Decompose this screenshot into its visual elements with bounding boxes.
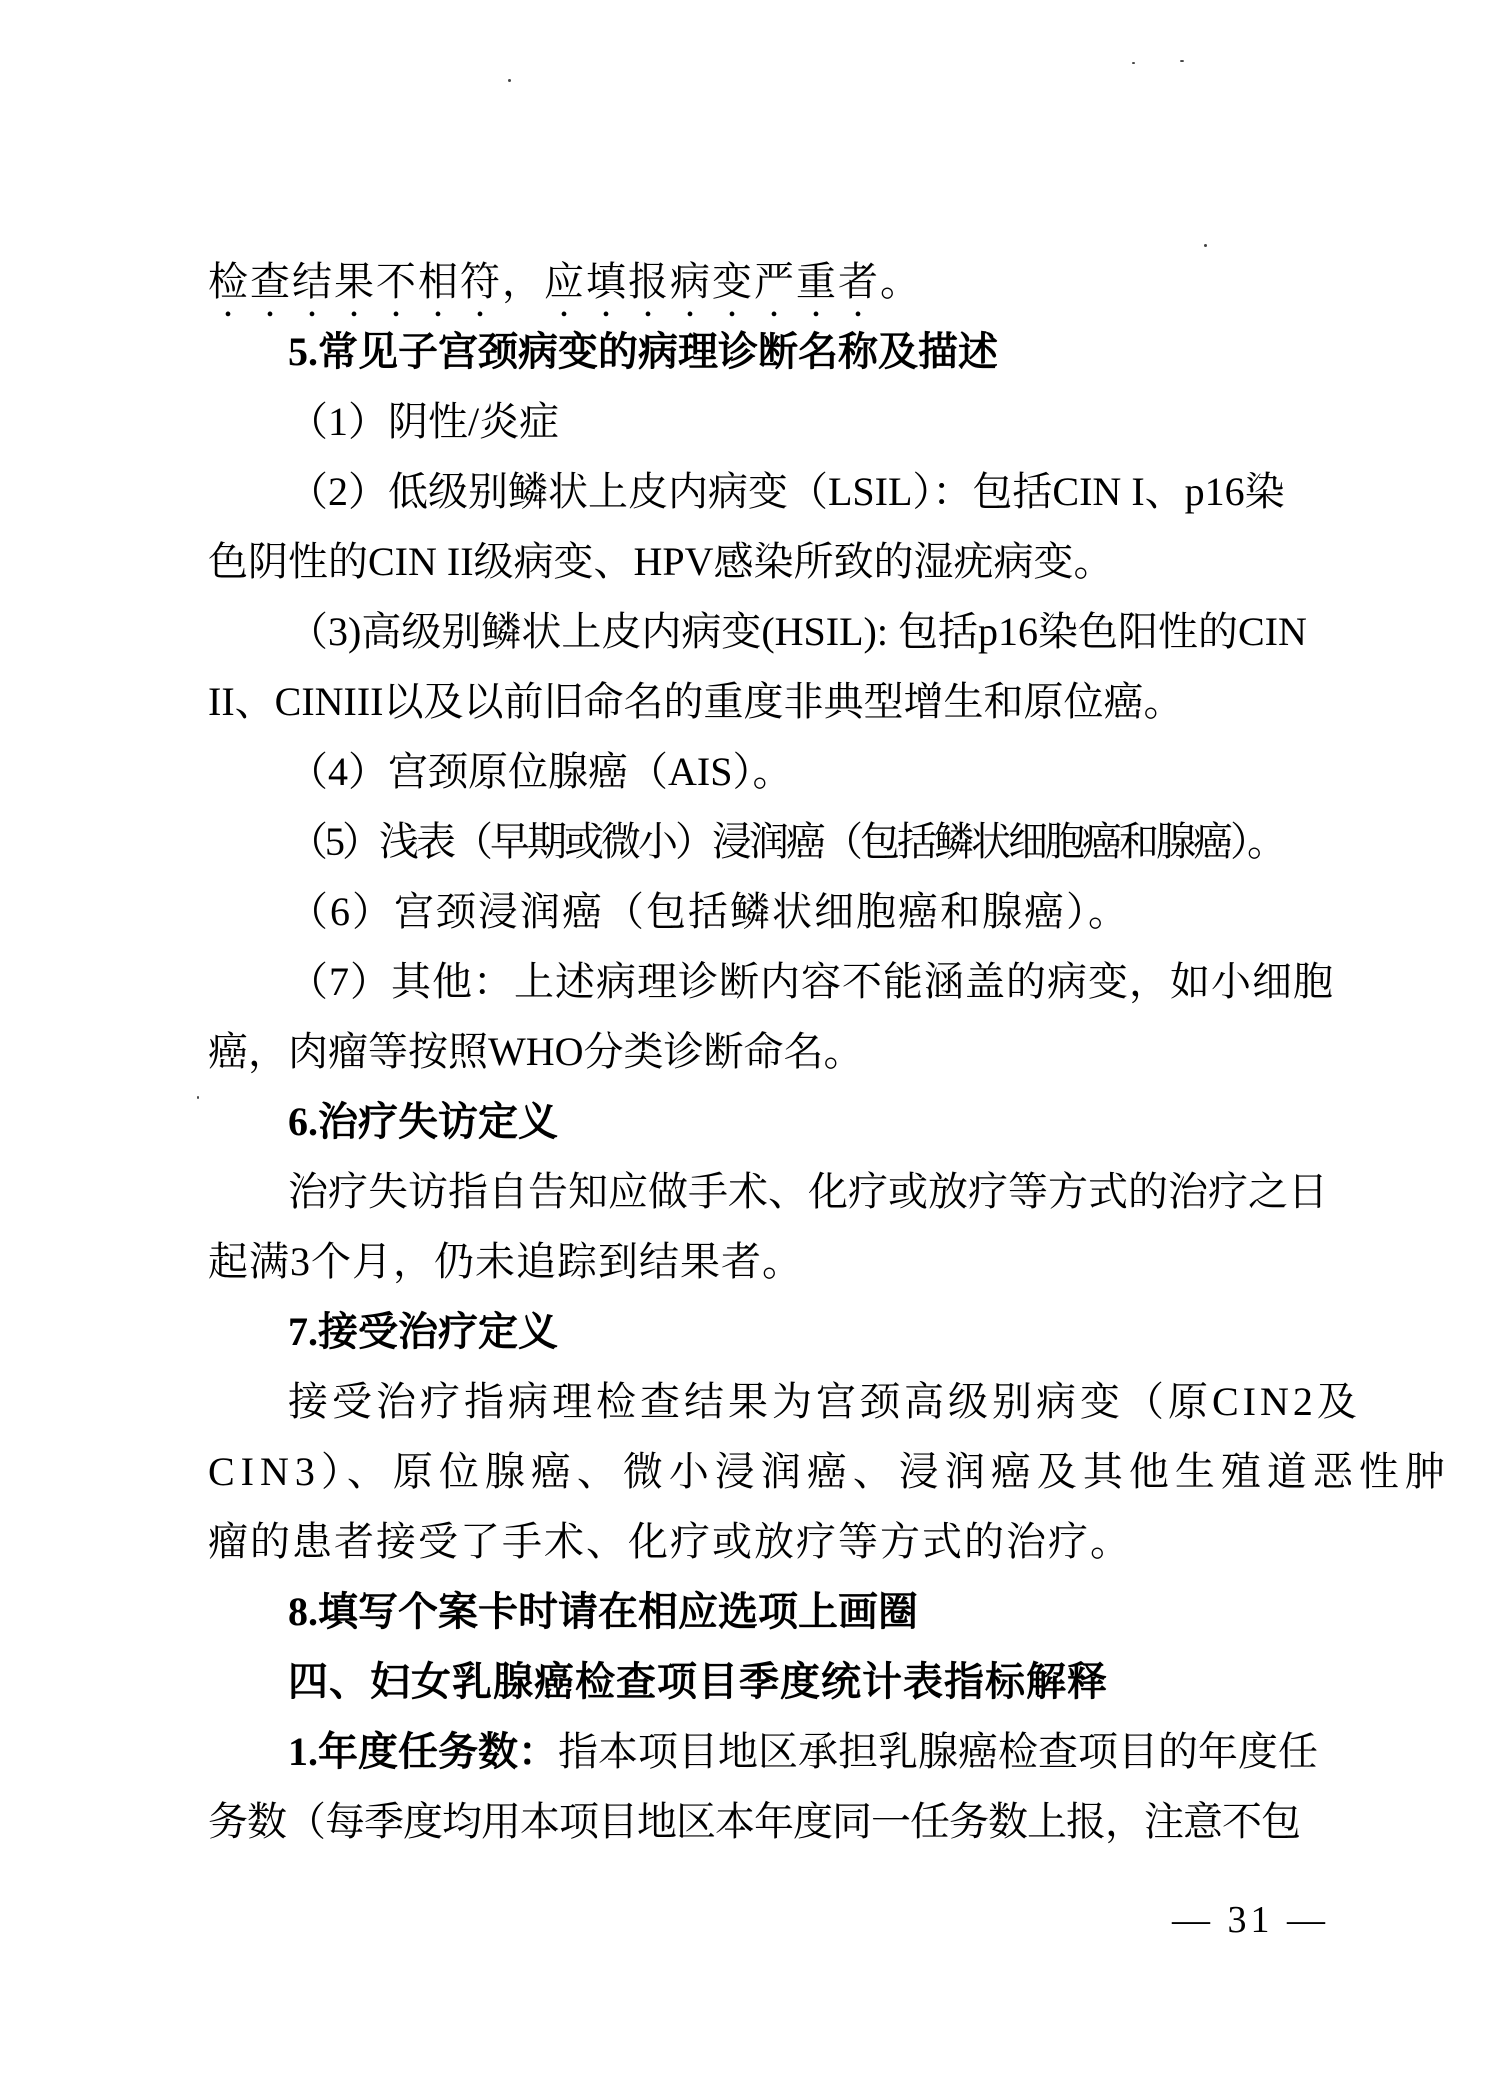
text-line: 务数（每季度均用本项目地区本年度同一任务数上报，注意不包	[208, 1787, 1315, 1857]
text-line: 瘤的患者接受了手术、化疗或放疗等方式的治疗。	[208, 1507, 1315, 1577]
scan-artifact-dot	[1204, 244, 1207, 247]
text-segment: CIN3）、原位腺癌、微小浸润癌、浸润癌及其他生殖道恶性肿	[208, 1449, 1451, 1494]
text-segment: 色阴性的CIN II级病变、HPV感染所致的湿疣病变。	[208, 539, 1114, 584]
text-segment: 四、妇女乳腺癌检查项目季度统计表指标解释	[288, 1659, 1108, 1704]
text-segment: 接受治疗指病理检查结果为宫颈高级别病变（原CIN2及	[288, 1379, 1361, 1424]
text-line: （4）宫颈原位腺癌（AIS）。	[208, 737, 1315, 807]
text-line: 治疗失访指自告知应做手术、化疗或放疗等方式的治疗之日	[208, 1157, 1315, 1227]
text-line: （1）阴性/炎症	[208, 387, 1315, 457]
text-segment: 1.年度任务数：	[288, 1729, 558, 1774]
text-segment: 务数（每季度均用本项目地区本年度同一任务数上报，注意不包	[208, 1799, 1300, 1844]
text-segment: （5）浅表（早期或微小）浸润癌（包括鳞状细胞癌和腺癌）。	[288, 819, 1284, 864]
document-page: 检查结果不相符，应填报病变严重者。5.常见子宫颈病变的病理诊断名称及描述（1）阴…	[0, 0, 1485, 2100]
scan-artifact-dot	[508, 79, 511, 82]
text-line: 1.年度任务数：指本项目地区承担乳腺癌检查项目的年度任	[208, 1717, 1315, 1787]
text-segment: （1）阴性/炎症	[288, 399, 559, 444]
text-segment: 5.常见子宫颈病变的病理诊断名称及描述	[288, 329, 998, 374]
text-segment: 起满3个月，仍未追踪到结果者。	[208, 1239, 803, 1284]
text-segment: 癌，肉瘤等按照WHO分类诊断命名。	[208, 1029, 864, 1074]
text-line: II、CINIII以及以前旧命名的重度非典型增生和原位癌。	[208, 667, 1315, 737]
text-segment: 7.接受治疗定义	[288, 1309, 558, 1354]
text-segment: 治疗失访指自告知应做手术、化疗或放疗等方式的治疗之日	[288, 1169, 1328, 1214]
scan-artifact-dot	[1132, 62, 1135, 64]
text-line: （2）低级别鳞状上皮内病变（LSIL）：包括CIN I、p16染	[208, 457, 1315, 527]
heading-line: 四、妇女乳腺癌检查项目季度统计表指标解释	[208, 1647, 1315, 1717]
scan-artifact-dot	[197, 1096, 199, 1099]
text-line: 检查结果不相符，应填报病变严重者。	[208, 247, 1315, 317]
text-segment: （6）宫颈浸润癌（包括鳞状细胞癌和腺癌）。	[288, 889, 1130, 934]
scan-artifact-dot	[1180, 60, 1184, 62]
text-segment: 8.填写个案卡时请在相应选项上画圈	[288, 1589, 918, 1634]
page-number: — 31 —	[1172, 1898, 1329, 1942]
text-segment: II、CINIII以及以前旧命名的重度非典型增生和原位癌。	[208, 679, 1184, 724]
text-segment: 指本项目地区承担乳腺癌检查项目的年度任	[558, 1729, 1318, 1774]
heading-line: 7.接受治疗定义	[208, 1297, 1315, 1367]
text-line: 接受治疗指病理检查结果为宫颈高级别病变（原CIN2及	[208, 1367, 1315, 1437]
text-line: 色阴性的CIN II级病变、HPV感染所致的湿疣病变。	[208, 527, 1315, 597]
text-line: （3)高级别鳞状上皮内病变(HSIL): 包括p16染色阳性的CIN	[208, 597, 1315, 667]
heading-line: 5.常见子宫颈病变的病理诊断名称及描述	[208, 317, 1315, 387]
text-segment: （2）低级别鳞状上皮内病变（LSIL）：包括CIN I、p16染	[288, 469, 1285, 514]
text-segment: 6.治疗失访定义	[288, 1099, 558, 1144]
text-segment: 瘤的患者接受了手术、化疗或放疗等方式的治疗。	[208, 1519, 1132, 1564]
text-segment: （3)高级别鳞状上皮内病变(HSIL): 包括p16染色阳性的CIN	[288, 609, 1307, 654]
text-line: （5）浅表（早期或微小）浸润癌（包括鳞状细胞癌和腺癌）。	[208, 807, 1315, 877]
text-line: （6）宫颈浸润癌（包括鳞状细胞癌和腺癌）。	[208, 877, 1315, 947]
text-segment: （7）其他：上述病理诊断内容不能涵盖的病变，如小细胞	[288, 959, 1334, 1004]
document-body: 检查结果不相符，应填报病变严重者。5.常见子宫颈病变的病理诊断名称及描述（1）阴…	[208, 247, 1315, 1857]
text-line: CIN3）、原位腺癌、微小浸润癌、浸润癌及其他生殖道恶性肿	[208, 1437, 1315, 1507]
text-segment: （4）宫颈原位腺癌（AIS）。	[288, 749, 792, 794]
text-line: 癌，肉瘤等按照WHO分类诊断命名。	[208, 1017, 1315, 1087]
text-segment: 检查结果不相符，应填报病变严重者。	[208, 259, 922, 304]
text-line: （7）其他：上述病理诊断内容不能涵盖的病变，如小细胞	[208, 947, 1315, 1017]
text-line: 起满3个月，仍未追踪到结果者。	[208, 1227, 1315, 1297]
heading-line: 8.填写个案卡时请在相应选项上画圈	[208, 1577, 1315, 1647]
heading-line: 6.治疗失访定义	[208, 1087, 1315, 1157]
